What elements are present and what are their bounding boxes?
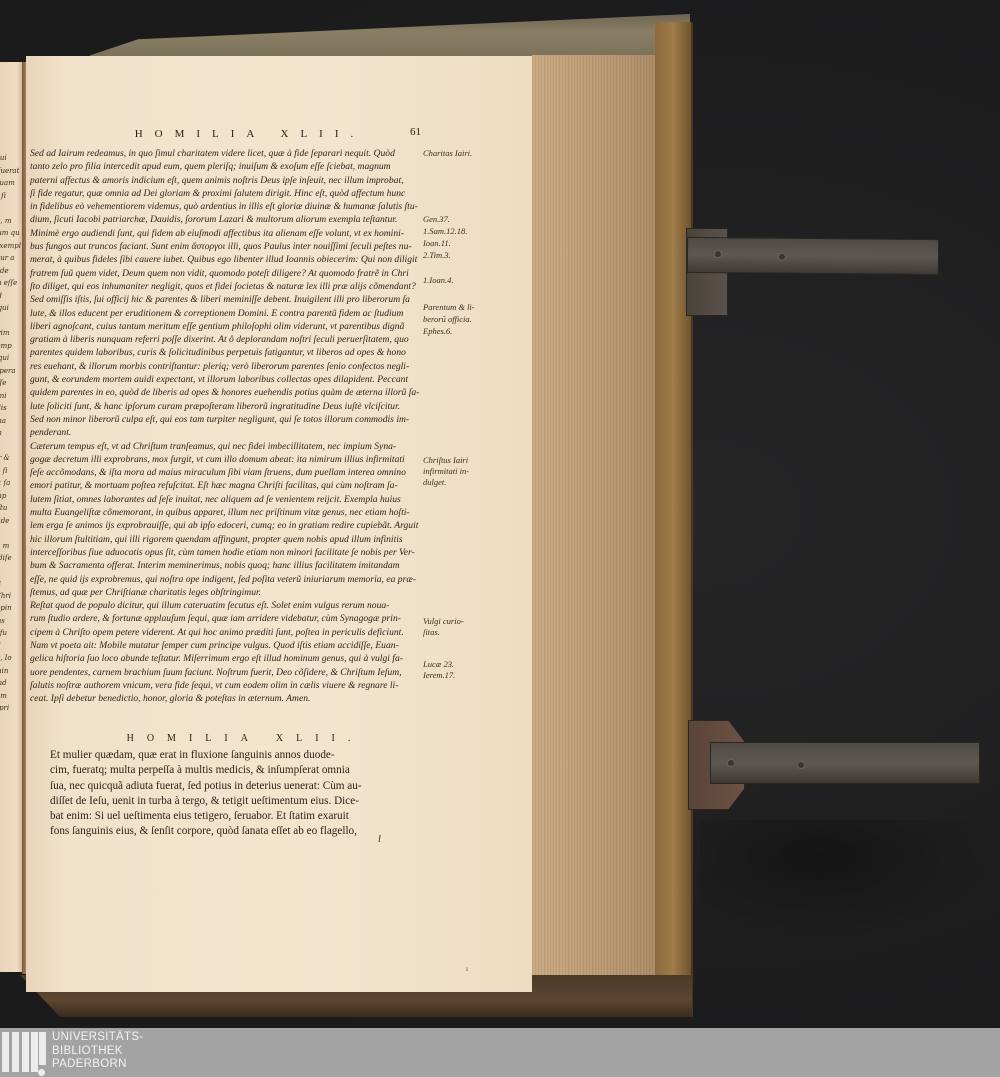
text-line: ſtemus, ad quæ per Chriſtianæ charitatis… (30, 586, 422, 599)
marginal-note: Chriſtus Iairi (423, 455, 493, 466)
marginal-note: Ephes.6. (423, 326, 493, 337)
left-page-fragment: Chriſtu (0, 502, 24, 515)
text-line: rum ſtudio ardere, & fortunæ applauſum ſ… (30, 612, 422, 625)
text-line: gelica hiſtoria ſuo loco abunde teſtatur… (30, 652, 422, 665)
left-page-fragment: te a qui (0, 302, 24, 315)
marginal-note: Charitas Iairi. (423, 148, 493, 159)
book-fore-edge (532, 55, 661, 990)
marginal-note: Ierem.17. (423, 670, 493, 681)
text-line: res euehant, & illorum morbis contriſtan… (30, 360, 422, 373)
homily-body-text: Sed ad Iairum redeamus, in quo ſimul cha… (30, 147, 422, 705)
marginal-note: Parentum & li- (423, 302, 493, 313)
marginal-note: Gen.37. (423, 214, 493, 225)
clasp-shadow (700, 820, 1000, 940)
left-page-fragment: ſtatu ſi (0, 190, 24, 203)
text-line: cipem à Chriſto opem petere viderent. At… (30, 626, 422, 639)
catchword: l (378, 834, 381, 845)
scripture-line: diſſet de Ieſu, uenit in turba à tergo, … (50, 794, 394, 809)
book-cover-right-edge (655, 22, 693, 1017)
logo-bar (39, 1032, 46, 1065)
text-line: uore pendentes, carnem brachium ſuum fac… (30, 666, 422, 679)
left-page-fragment: am & ſa (0, 477, 24, 490)
text-line: Reſtat quod de populo dicitur, qui illum… (30, 599, 422, 612)
text-line: ſto diliget, qui eos inhumaniter negligi… (30, 280, 422, 293)
text-line: gratiam à liberis nunquam referri poſſe … (30, 333, 422, 346)
left-page-fragment: detur & (0, 452, 24, 465)
left-page-fragment: adire ſi (0, 465, 24, 478)
left-page-fragment: um exempl (0, 240, 24, 253)
left-page-fragment: ad (0, 740, 24, 753)
marginal-note: dulget. (423, 477, 493, 488)
text-line: Nam vt poeta ait: Mobile mutatur ſemper … (30, 639, 422, 652)
marginal-note: 1.Sam.12.18. (423, 226, 493, 237)
left-page-fragment (0, 727, 24, 740)
left-page-fragment: lanaſſe (0, 377, 24, 390)
text-line: ſi fide regatur, quæ omnia ad Dei gloria… (30, 187, 422, 200)
text-line: ſalutis noſtræ authorem vnicum, vera fid… (30, 679, 422, 692)
text-line: merat, à quibus fideles ſibi cauere iube… (30, 253, 422, 266)
left-page-fragment: adire (0, 565, 24, 578)
text-line: Sed omiſſis iſtis, ſui officij hic & par… (30, 293, 422, 306)
text-line: emori patitur, & mortuam poſtea reſuſcit… (30, 479, 422, 492)
text-line: bum & Sacramenta offerat. Interim memine… (30, 559, 422, 572)
text-line: tanto zelo pro filia intercedit apud eum… (30, 160, 422, 173)
left-page-fragment: t. Fidis (0, 402, 24, 415)
text-line: ſeſe accõmodans, & iſta mora ad maius mi… (30, 466, 422, 479)
book-cover-top-edge (90, 14, 690, 60)
text-line: ceat. Ipſi debetur benedictio, honor, gl… (30, 692, 422, 705)
left-page-fragment (0, 315, 24, 328)
library-name-line: UNIVERSITÄTS- (52, 1031, 143, 1045)
marginal-note: Vulgi curio- (423, 616, 493, 627)
scripture-line: bat enim: Si uel ueſtimenta eius tetiger… (50, 809, 394, 824)
left-page-fragment: tam ad (0, 677, 24, 690)
left-page-fragment: ſtabam (0, 690, 24, 703)
text-line: paterni affectus & amoris indicium eſt, … (30, 174, 422, 187)
text-line: Sed non minor liberorũ culpa eſt, qui eo… (30, 413, 422, 426)
library-footer: UNIVERSITÄTS- BIBLIOTHEK PADERBORN (0, 1028, 1000, 1077)
marginal-note: 2.Tim.3. (423, 250, 493, 261)
signature-mark: ı (466, 966, 468, 973)
left-page-fragment: et, ami (0, 390, 24, 403)
left-page-fragment: adolas (0, 615, 24, 628)
text-line: parentes quidem laboribus, curis & ſolic… (30, 346, 422, 359)
page-number: 61 (410, 126, 421, 138)
marginal-note: berorũ officia. (423, 314, 493, 325)
left-page-fragment: emnum qu (0, 227, 24, 240)
logo-bar (31, 1032, 38, 1072)
left-page-fragment: ege ſ (0, 640, 24, 653)
text-line: Sed ad Iairum redeamus, in quo ſimul cha… (30, 147, 422, 160)
scripture-line: fons ſanguinis eius, & ſenſit corpore, q… (50, 824, 394, 839)
marginal-note: Ioan.11. (423, 238, 493, 249)
left-page-fragment: tum diſe (0, 552, 24, 565)
text-line: dium, ſicuti Iacobi patriarchæ, Dauidis,… (30, 213, 422, 226)
left-page-fragment: ut. Quam (0, 177, 24, 190)
text-line: fratrem ſuũ quem videt, Deum quem non vi… (30, 267, 422, 280)
scripture-line: Et mulier quædam, quæ erat in fluxione ſ… (50, 748, 394, 763)
text-line: Minimè ergo audiendi ſunt, qui fidem ab … (30, 227, 422, 240)
left-page-fragment: ſtrem eſſe (0, 277, 24, 290)
text-line: lute, & illos educent per eruditionem & … (30, 307, 422, 320)
text-line: hic illorum ſtultitiam, qui illi rigorem… (30, 533, 422, 546)
text-line: quidem parentes in eo, quòd de liberis a… (30, 386, 422, 399)
left-page-fragment: Exemp (0, 490, 24, 503)
scripture-passage: Et mulier quædam, quæ erat in fluxione ſ… (50, 748, 394, 840)
library-name: UNIVERSITÄTS- BIBLIOTHEK PADERBORN (52, 1031, 143, 1072)
library-logo-icon (0, 1032, 46, 1074)
left-page-fragment: Hunc (0, 577, 24, 590)
rivet-icon (778, 253, 786, 261)
left-page-fragment: igantur a (0, 252, 24, 265)
logo-bar (2, 1032, 9, 1072)
left-page-fragment: tam fuerat (0, 165, 24, 178)
left-page-fragment (0, 715, 24, 728)
marginal-note: ſitas. (423, 627, 493, 638)
marginal-note: infirmitati in- (423, 466, 493, 477)
text-line: Cæterum tempus eſt, vt ad Chriſtum tranſ… (30, 440, 422, 453)
left-page-fragment (0, 527, 24, 540)
logo-bar (22, 1032, 29, 1072)
rivet-icon (727, 759, 735, 767)
left-page-fragment: ſed qui (0, 152, 24, 165)
rivet-icon (797, 761, 805, 769)
left-page-fragment: t propri (0, 702, 24, 715)
left-page-fragment (0, 202, 24, 215)
text-line: penderant. (30, 426, 422, 439)
clasp-top-strap (687, 237, 939, 275)
left-page-edge: ſed quitam fueratut. Quamſtatu ſivides, … (0, 62, 24, 972)
text-line: liberi agnoſcant, cuius tantum meritum e… (30, 320, 422, 333)
text-line: interceſſoribus ſiue aduocatis opus ſit,… (30, 546, 422, 559)
running-head: HOMILIA XLII. (90, 128, 410, 140)
text-line: multa Euangeliſtæ cõmemorant, in quibus … (30, 506, 422, 519)
left-page-fragment: vides, m (0, 215, 24, 228)
left-page-fragment: Illum m (0, 540, 24, 553)
section-heading: HOMILIA XLII. (105, 733, 385, 744)
text-line: gogæ decretum illi exprobrans, mox ſurgi… (30, 453, 422, 466)
text-line: gunt, & eorundem mortem auidi expectant,… (30, 373, 422, 386)
marginal-note: 1.Ioan.4. (423, 275, 493, 286)
text-line: lem erga ſe animos ijs exprobrauiſſe, qu… (30, 519, 422, 532)
scripture-line: cim, fueratq; multa perpeſſa à multis me… (50, 763, 394, 778)
left-page-fragment: um fide (0, 265, 24, 278)
left-page-fragments: ſed quitam fueratut. Quamſtatu ſivides, … (0, 62, 24, 752)
left-page-fragment: ſua Chri (0, 590, 24, 603)
logo-dot (38, 1069, 45, 1076)
left-page-fragment: nat, qui (0, 352, 24, 365)
library-name-line: PADERBORN (52, 1058, 143, 1072)
marginal-note: Lucæ 23. (423, 659, 493, 670)
left-page-fragment: adiuna (0, 415, 24, 428)
left-page-fragment: illo opera (0, 365, 24, 378)
scan-viewer: ſed quitam fueratut. Quamſtatu ſivides, … (0, 0, 1000, 1028)
left-page-fragment: uelut, Io (0, 652, 24, 665)
left-page-fragment: ſidei fu (0, 627, 24, 640)
logo-bar (12, 1032, 19, 1072)
library-name-line: BIBLIOTHEK (52, 1045, 143, 1059)
text-line: bus fungos aut truncos faciant. Sunt eni… (30, 240, 422, 253)
left-page-fragment: ſtia fide (0, 515, 24, 528)
clasp-bottom-strap (710, 742, 980, 784)
scripture-line: ſua, nec quicquã adiuta fuerat, ſed poti… (50, 779, 394, 794)
left-page-fragment: a exemp (0, 340, 24, 353)
left-page-fragment: viſum (0, 427, 24, 440)
left-page-fragment: t. Ai (0, 440, 24, 453)
left-page-fragment: & diuin (0, 665, 24, 678)
text-line: lute ſoliciti ſunt, & hanc ipſorum curam… (30, 400, 422, 413)
text-line: lutem ſitiat, omnes laborantes ad ſeſe i… (30, 493, 422, 506)
left-page-fragment: e propin (0, 602, 24, 615)
left-page-fragment: aquid (0, 290, 24, 303)
text-line: in fidelibus eò vehementiorem videmus, q… (30, 200, 422, 213)
rivet-icon (714, 250, 722, 258)
text-line: eſſe, ne quid ijs exprobremus, qui noſtr… (30, 573, 422, 586)
left-page-fragment: ge prim (0, 327, 24, 340)
